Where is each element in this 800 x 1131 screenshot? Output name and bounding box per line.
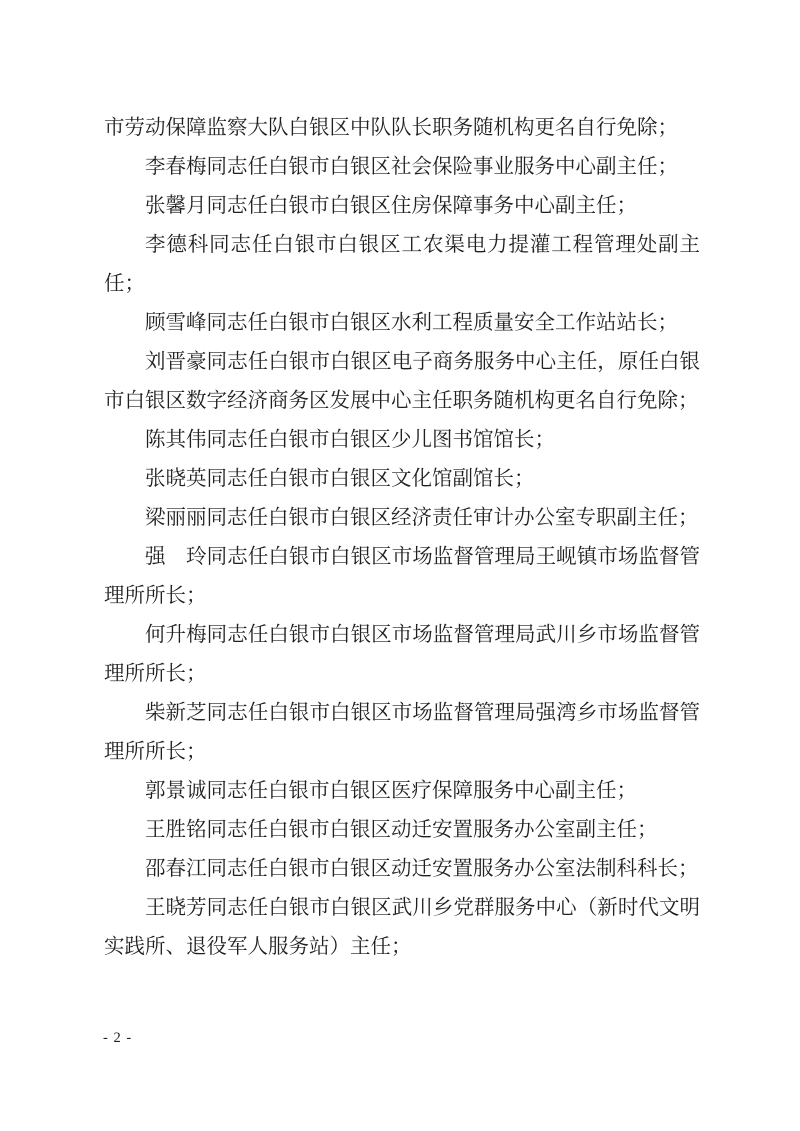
paragraph: 王胜铭同志任白银市白银区动迁安置服务办公室副主任； (104, 811, 700, 850)
document-body: 市劳动保障监察大队白银区中队队长职务随机构更名自行免除； 李春梅同志任白银市白银… (104, 109, 700, 967)
paragraph: 邵春江同志任白银市白银区动迁安置服务办公室法制科科长； (104, 850, 700, 889)
paragraph: 张晓英同志任白银市白银区文化馆副馆长； (104, 460, 700, 499)
paragraph: 柴新芝同志任白银市白银区市场监督管理局强湾乡市场监督管理所所长； (104, 694, 700, 772)
document-page: 市劳动保障监察大队白银区中队队长职务随机构更名自行免除； 李春梅同志任白银市白银… (0, 0, 800, 1131)
paragraph: 陈其伟同志任白银市白银区少儿图书馆馆长； (104, 421, 700, 460)
paragraph: 强 玲同志任白银市白银区市场监督管理局王岘镇市场监督管理所所长； (104, 538, 700, 616)
paragraph: 李春梅同志任白银市白银区社会保险事业服务中心副主任； (104, 148, 700, 187)
page-number: - 2 - (103, 1030, 132, 1046)
page-footer: - 2 - (103, 1028, 132, 1048)
paragraph: 何升梅同志任白银市白银区市场监督管理局武川乡市场监督管理所所长； (104, 616, 700, 694)
paragraph: 刘晋豪同志任白银市白银区电子商务服务中心主任，原任白银市白银区数字经济商务区发展… (104, 343, 700, 421)
paragraph-continuation: 市劳动保障监察大队白银区中队队长职务随机构更名自行免除； (104, 109, 700, 148)
paragraph: 王晓芳同志任白银市白银区武川乡党群服务中心（新时代文明实践所、退役军人服务站）主… (104, 889, 700, 967)
paragraph: 郭景诚同志任白银市白银区医疗保障服务中心副主任； (104, 772, 700, 811)
paragraph: 顾雪峰同志任白银市白银区水利工程质量安全工作站站长； (104, 304, 700, 343)
paragraph: 张馨月同志任白银市白银区住房保障事务中心副主任； (104, 187, 700, 226)
paragraph: 李德科同志任白银市白银区工农渠电力提灌工程管理处副主任； (104, 226, 700, 304)
paragraph: 梁丽丽同志任白银市白银区经济责任审计办公室专职副主任； (104, 499, 700, 538)
